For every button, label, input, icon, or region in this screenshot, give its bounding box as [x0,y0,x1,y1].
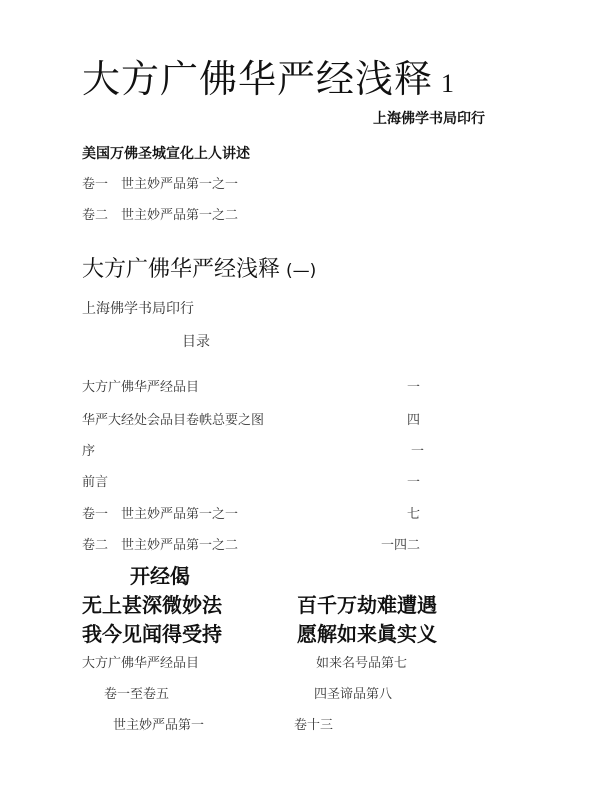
toc-item-label: 序 [82,443,95,461]
title-text: 大方广佛华严经浅释 [82,57,433,101]
toc-item-page: 一 [364,443,424,461]
section-publisher: 上海佛学书局印行 [82,300,194,318]
toc-item-label: 华严大经处会品目卷帙总要之图 [82,412,264,430]
verse-line: 我今见闻得受持 [82,621,222,647]
verse-line: 愿解如来眞实义 [297,621,437,647]
document-title: 大方广佛华严经浅释1 [82,56,455,107]
chapter-item: 卷十三 [294,717,333,735]
toc-item-label: 卷二 世主妙严品第一之二 [82,537,238,555]
chapter-item: 大方广佛华严经品目 [82,655,199,673]
toc-item-page: 四 [360,412,420,430]
chapter-item: 四圣谛品第八 [314,686,392,704]
publisher-label: 上海佛学书局印行 [373,110,485,128]
chapter-item: 如来名号品第七 [316,655,407,673]
toc-heading: 目录 [182,333,210,351]
section-title: 大方广佛华严经浅释(—) [82,255,316,286]
volume-line-2: 卷二 世主妙严品第一之二 [82,207,238,225]
toc-item-page: 一 [360,474,420,492]
title-number: 1 [441,69,455,98]
toc-item-label: 前言 [82,474,108,492]
toc-item-page: 七 [360,506,420,524]
chapter-item: 世主妙严品第一 [113,717,204,735]
verse-line: 百千万劫难遭遇 [297,592,437,618]
toc-item-label: 大方广佛华严经品目 [82,379,199,397]
section-title-text: 大方广佛华严经浅释 [82,257,280,282]
verse-line: 无上甚深微妙法 [82,592,222,618]
toc-item-label: 卷一 世主妙严品第一之一 [82,506,238,524]
toc-item-page: 一四二 [360,537,420,555]
chapter-item: 卷一至卷五 [104,686,169,704]
section-volume-mark: (—) [286,261,316,281]
verse-heading: 开经偈 [130,563,190,589]
toc-item-page: 一 [360,379,420,397]
volume-line-1: 卷一 世主妙严品第一之一 [82,176,238,194]
author-line: 美国万佛圣城宣化上人讲述 [82,145,250,163]
